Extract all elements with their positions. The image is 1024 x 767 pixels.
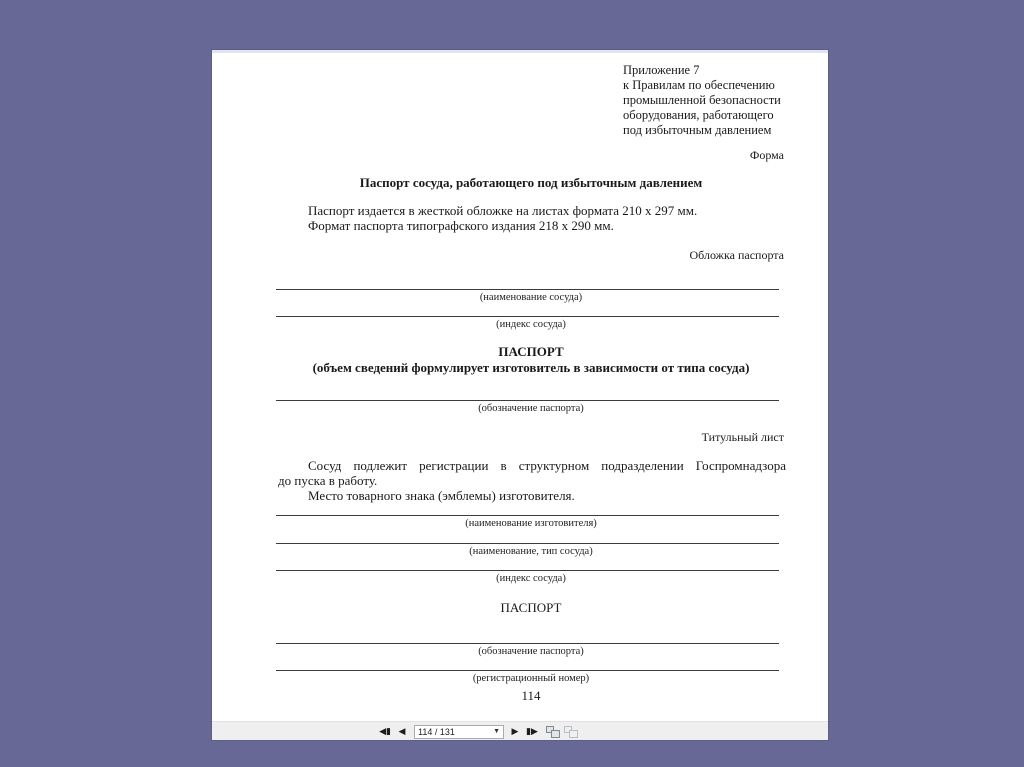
trademark-text: Место товарного знака (эмблемы) изготови… — [308, 488, 575, 503]
field-line — [276, 570, 779, 571]
document-viewer: Приложение 7 к Правилам по обеспечению п… — [212, 50, 828, 740]
registration-paragraph: Сосуд подлежит регистрации в структурном… — [278, 458, 786, 488]
registration-line-1: Сосуд подлежит регистрации в структурном… — [278, 458, 786, 473]
page-indicator: 114 / 131 — [418, 727, 455, 737]
appendix-line: промышленной безопасности — [623, 93, 781, 108]
field-line — [276, 670, 779, 671]
page-view-icon[interactable] — [546, 726, 560, 738]
passport-heading-2: ПАСПОРТ — [276, 600, 786, 616]
field-line — [276, 289, 779, 290]
passport-heading: ПАСПОРТ — [276, 344, 786, 360]
page-view-alt-icon[interactable] — [564, 726, 578, 738]
field-caption-registration-number: (регистрационный номер) — [276, 673, 786, 684]
field-line — [276, 316, 779, 317]
document-page: Приложение 7 к Правилам по обеспечению п… — [212, 53, 828, 722]
field-caption-vessel-name: (наименование сосуда) — [276, 292, 786, 303]
intro-line-2: Формат паспорта типографского издания 21… — [308, 218, 614, 233]
appendix-line: Приложение 7 — [623, 63, 781, 78]
field-caption-manufacturer: (наименование изготовителя) — [276, 518, 786, 529]
last-page-icon[interactable]: ▮▶ — [525, 725, 539, 739]
field-caption-vessel-index: (индекс сосуда) — [276, 319, 786, 330]
first-page-icon[interactable]: ◀▮ — [378, 725, 392, 739]
intro-line-1: Паспорт издается в жесткой обложке на ли… — [308, 203, 697, 218]
field-caption-passport-designation: (обозначение паспорта) — [276, 403, 786, 414]
field-caption-vessel-index-2: (индекс сосуда) — [276, 573, 786, 584]
appendix-line: оборудования, работающего — [623, 108, 781, 123]
document-title: Паспорт сосуда, работающего под избыточн… — [276, 175, 786, 191]
field-line — [276, 400, 779, 401]
page-select-dropdown[interactable]: 114 / 131 ▼ — [414, 725, 504, 739]
next-page-icon[interactable]: ▶ — [508, 725, 522, 739]
prev-page-icon[interactable]: ◀ — [395, 725, 409, 739]
field-line — [276, 643, 779, 644]
appendix-reference: Приложение 7 к Правилам по обеспечению п… — [623, 63, 781, 138]
field-line — [276, 515, 779, 516]
field-line — [276, 543, 779, 544]
chevron-down-icon: ▼ — [493, 726, 500, 738]
cover-label: Обложка паспорта — [690, 248, 784, 263]
title-page-label: Титульный лист — [702, 430, 784, 445]
form-label: Форма — [750, 148, 784, 163]
page-number: 114 — [276, 688, 786, 704]
field-caption-passport-designation-2: (обозначение паспорта) — [276, 646, 786, 657]
page-navigation: ◀▮ ◀ 114 / 131 ▼ ▶ ▮▶ — [378, 724, 578, 739]
appendix-line: под избыточным давлением — [623, 123, 781, 138]
passport-subheading: (объем сведений формулирует изготовитель… — [276, 360, 786, 376]
page-navigation-toolbar: ◀▮ ◀ 114 / 131 ▼ ▶ ▮▶ — [212, 721, 828, 740]
appendix-line: к Правилам по обеспечению — [623, 78, 781, 93]
registration-line-2: до пуска в работу. — [278, 473, 377, 488]
field-caption-vessel-type: (наименование, тип сосуда) — [276, 546, 786, 557]
